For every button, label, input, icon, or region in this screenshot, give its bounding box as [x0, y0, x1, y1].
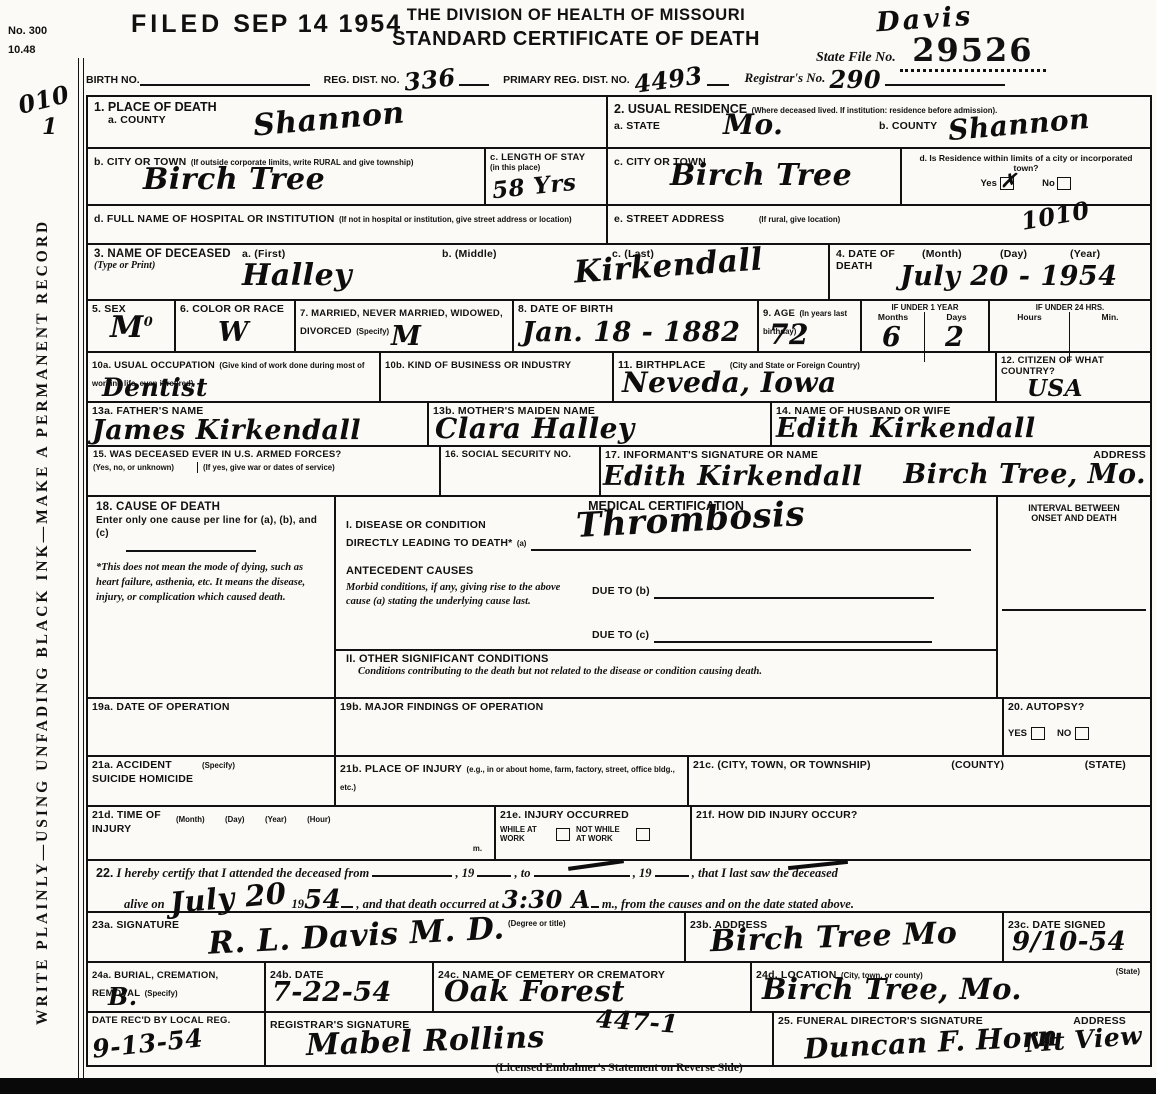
certify-text-8: , and that death occurred at	[356, 897, 498, 911]
certify-text-5: , that I last saw the deceased	[692, 866, 838, 880]
other-conditions-note: Conditions contributing to the death but…	[358, 665, 986, 679]
interval-label-2: ONSET AND DEATH	[1002, 513, 1146, 523]
under-24-label: IF UNDER 24 HRS.	[990, 301, 1150, 312]
length-of-stay-label: c. LENGTH OF STAY	[490, 152, 602, 163]
field-place-of-injury: 21b. PLACE OF INJURY (e.g., in or about …	[336, 757, 689, 805]
field-armed-forces: 15. WAS DECEASED EVER IN U.S. ARMED FORC…	[88, 447, 441, 495]
length-of-stay-value: 58 Yrs	[491, 171, 577, 203]
age-value: 72	[769, 321, 809, 349]
autopsy-yes-label: YES	[1008, 728, 1027, 739]
row-occupation-birthplace: 10a. USUAL OCCUPATION (Give kind of work…	[88, 353, 1150, 403]
informant-label: 17. INFORMANT'S SIGNATURE OR NAME	[605, 449, 818, 461]
row-forces-ssn-informant: 15. WAS DECEASED EVER IN U.S. ARMED FORC…	[88, 447, 1150, 497]
informant-address-value: Birch Tree, Mo.	[903, 461, 1146, 488]
section-medical-certification: MEDICAL CERTIFICATION I. DISEASE OR COND…	[336, 497, 998, 697]
antecedent-title: ANTECEDENT CAUSES	[346, 565, 986, 577]
primary-reg-blank	[707, 73, 729, 86]
state-file-number: State File No. 29526	[816, 31, 1146, 69]
certificate-form: 1. PLACE OF DEATH a. COUNTY Shannon b. C…	[86, 95, 1152, 1067]
field-birthplace: 11. BIRTHPLACE (City and State or Foreig…	[614, 353, 997, 401]
how-injury-label: 21f. HOW DID INJURY OCCUR?	[696, 809, 1146, 821]
field-informant: 17. INFORMANT'S SIGNATURE OR NAME ADDRES…	[601, 447, 1150, 495]
field-occupation: 10a. USUAL OCCUPATION (Give kind of work…	[88, 353, 381, 401]
father-value: James Kirkendall	[92, 417, 361, 444]
row-place-residence: 1. PLACE OF DEATH a. COUNTY Shannon b. C…	[88, 97, 1150, 245]
section-usual-residence: 2. USUAL RESIDENCE (Where deceased lived…	[608, 97, 1150, 243]
field-burial-date: 24b. DATE 7-22-54	[266, 963, 434, 1011]
injury-hour-label: (Hour)	[307, 815, 330, 824]
degree-note: (Degree or title)	[508, 919, 566, 928]
while-at-work-checkbox	[556, 828, 570, 841]
row-registrar-funeral: DATE REC'D BY LOCAL REG. 9-13-54 REGISTR…	[88, 1013, 1150, 1065]
death-city-value: Birch Tree	[143, 165, 325, 195]
date-of-birth-value: Jan. 18 - 1882	[522, 319, 740, 346]
while-at-work-label: WHILE AT WORK	[500, 825, 550, 843]
registrar-signature-value: Mabel Rollins	[306, 1023, 546, 1061]
burial-location-value: Birch Tree, Mo.	[762, 975, 1022, 1004]
section-cause-of-death-left: 18. CAUSE OF DEATH Enter only one cause …	[88, 497, 336, 697]
field-first-name: a. (First) Halley	[238, 245, 438, 299]
color-race-value: W	[218, 319, 249, 346]
field-funeral-director: 25. FUNERAL DIRECTOR'S SIGNATURE ADDRESS…	[774, 1013, 1150, 1065]
limits-yes-label: Yes	[981, 178, 997, 189]
row-accident: 21a. ACCIDENT SUICIDE HOMICIDE (Specify)…	[88, 757, 1150, 807]
reg-dist-value: 336	[402, 65, 456, 94]
reg-dist-label: REG. DIST. NO.	[324, 74, 400, 86]
date-of-birth-label: 8. DATE OF BIRTH	[518, 303, 753, 315]
reg-dist-blank	[459, 73, 489, 86]
field-cemetery: 24c. NAME OF CEMETERY OR CREMATORY Oak F…	[434, 963, 752, 1011]
due-to-b-blank	[654, 587, 934, 599]
form-number-line2: 10.48	[8, 41, 47, 60]
burial-date-value: 7-22-54	[272, 979, 392, 1006]
autopsy-no-checkbox	[1075, 727, 1089, 740]
armed-forces-note1: (Yes, no, or unknown)	[88, 462, 198, 473]
sex-value-text: M	[110, 310, 144, 345]
birth-no-label: BIRTH NO.	[86, 74, 140, 86]
interval-label-1: INTERVAL BETWEEN	[1002, 503, 1146, 513]
institution-note: (If not in hospital or institution, give…	[339, 215, 572, 224]
field-injury-occurred: 21e. INJURY OCCURRED WHILE AT WORK NOT W…	[496, 807, 692, 859]
form-number: No. 300 10.48	[8, 22, 47, 59]
certify-text-3: , to	[515, 866, 531, 880]
place-of-injury-label: 21b. PLACE OF INJURY	[340, 763, 462, 775]
field-autopsy: 20. AUTOPSY? YES NO	[1004, 699, 1150, 755]
occupation-label: 10a. USUAL OCCUPATION	[92, 360, 215, 371]
field-mother-name: 13b. MOTHER'S MAIDEN NAME Clara Halley	[429, 403, 772, 445]
field-burial-location: 24d. LOCATION (City, town, or county) (S…	[752, 963, 1150, 1011]
field-physician-address: 23b. ADDRESS Birch Tree Mo	[686, 913, 1004, 961]
field-spouse-name: 14. NAME OF HUSBAND OR WIFE Edith Kirken…	[772, 403, 1150, 445]
disease-sub: (a)	[517, 539, 527, 548]
sex-value-sup: 0	[144, 315, 154, 330]
injury-year-label: (Year)	[265, 815, 287, 824]
margin-handwritten-code: 010 1	[18, 88, 70, 138]
document-title: THE DIVISION OF HEALTH OF MISSOURI STAND…	[356, 6, 796, 51]
date-signed-value: 9/10-54	[1012, 929, 1126, 955]
ssn-label: 16. SOCIAL SECURITY NO.	[445, 449, 595, 460]
first-name-value: Halley	[242, 261, 352, 291]
limits-no-label: No	[1042, 178, 1055, 189]
row-sex-race-age: 5. SEX M0 6. COLOR OR RACE W 7. MARRIED,…	[88, 301, 1150, 353]
days-label: Days	[925, 312, 988, 322]
due-to-c-label: DUE TO (c)	[592, 629, 649, 641]
cause-footnote: *This does not mean the mode of dying, s…	[96, 560, 326, 606]
limits-yes-checkbox: ✗	[1000, 177, 1014, 190]
injury-state-label: (STATE)	[1085, 759, 1126, 803]
form-number-line1: No. 300	[8, 22, 47, 41]
field-major-findings: 19b. MAJOR FINDINGS OF OPERATION	[336, 699, 1004, 755]
row-time-of-injury: 21d. TIME OF INJURY (Month) (Day) (Year)…	[88, 807, 1150, 861]
primary-reg-label: PRIMARY REG. DIST. NO.	[503, 74, 630, 86]
other-conditions-title: II. OTHER SIGNIFICANT CONDITIONS	[346, 653, 986, 665]
due-to-b-label: DUE TO (b)	[592, 585, 650, 597]
citizen-value: USA	[1027, 377, 1083, 400]
registrar-code-value: 447-1	[595, 1006, 679, 1037]
field-physician-signature: 23a. SIGNATURE (Degree or title) R. L. D…	[88, 913, 686, 961]
certify-from-blank	[372, 864, 452, 877]
field-residence-state-county: 2. USUAL RESIDENCE (Where deceased lived…	[608, 97, 1150, 149]
margin-divider-line-inner	[83, 58, 84, 1078]
field-citizen: 12. CITIZEN OF WHAT COUNTRY? USA	[997, 353, 1150, 401]
business-label: 10b. KIND OF BUSINESS OR INDUSTRY	[385, 360, 571, 371]
death-certificate-document: No. 300 10.48 010 1 WRITE PLAINLY—USING …	[0, 0, 1156, 1094]
mother-value: Clara Halley	[435, 415, 635, 443]
field-color-race: 6. COLOR OR RACE W	[176, 301, 296, 351]
field-last-name: c. (Last) Kirkendall	[608, 245, 828, 299]
field-residence-city: c. CITY OR TOWN Birch Tree	[608, 149, 902, 204]
header-right: Davis State File No. 29526	[816, 0, 1146, 69]
cause-instruction: Enter only one cause per line for (a), (…	[96, 515, 326, 540]
signature-label: 23a. SIGNATURE	[92, 919, 179, 931]
autopsy-yes-checkbox	[1031, 727, 1045, 740]
residence-city-value: Birch Tree	[670, 161, 852, 191]
injury-county-label: (COUNTY)	[951, 759, 1004, 803]
certify-text-4: , 19	[633, 866, 652, 880]
burial-value: B.	[108, 985, 138, 1009]
disease-label-line2: DIRECTLY LEADING TO DEATH*	[346, 537, 512, 549]
margin-handwritten-code-1: 010	[16, 82, 72, 118]
field-sex: 5. SEX M0	[88, 301, 176, 351]
field-death-city: b. CITY OR TOWN (If outside corporate li…	[88, 149, 486, 204]
title-line2: STANDARD CERTIFICATE OF DEATH	[356, 28, 796, 51]
informant-name-value: Edith Kirkendall	[603, 463, 863, 490]
date-received-label: DATE REC'D BY LOCAL REG.	[92, 1015, 260, 1026]
left-margin: No. 300 10.48 010 1 WRITE PLAINLY—USING …	[0, 0, 80, 1094]
injury-day-label: (Day)	[225, 815, 245, 824]
residence-state-value: Mo.	[723, 111, 783, 139]
field-death-county: 1. PLACE OF DEATH a. COUNTY Shannon	[88, 97, 606, 149]
filed-stamp-word: FILED	[131, 10, 223, 38]
field-registrar-signature: REGISTRAR'S SIGNATURE Mabel Rollins 447-…	[266, 1013, 774, 1065]
burial-note: (Specify)	[145, 989, 178, 998]
months-value: 6	[882, 324, 901, 351]
burial-state-note: (State)	[1116, 967, 1140, 976]
name-of-deceased-label-block: 3. NAME OF DECEASED (Type or Print)	[88, 245, 238, 299]
certify-year2-blank	[655, 864, 689, 877]
disease-label-line1: I. DISEASE OR CONDITION	[346, 519, 486, 531]
field-date-signed: 23c. DATE SIGNED 9/10-54	[1004, 913, 1150, 961]
row-parents-spouse: 13a. FATHER'S NAME James Kirkendall 13b.…	[88, 403, 1150, 447]
not-while-at-work-label: NOT WHILE AT WORK	[576, 825, 630, 843]
accident-label: 21a. ACCIDENT SUICIDE HOMICIDE	[92, 759, 202, 803]
margin-handwritten-code-2: 1	[42, 116, 70, 138]
cemetery-value: Oak Forest	[444, 977, 625, 1006]
limits-no-checkbox	[1057, 177, 1071, 190]
bottom-black-bar	[0, 1078, 1156, 1094]
injury-month-label: (Month)	[176, 815, 205, 824]
under-1-year-label: IF UNDER 1 YEAR	[862, 301, 988, 312]
certify-death-time: 3:30 A	[502, 885, 591, 914]
birthplace-value: Neveda, Iowa	[622, 369, 837, 397]
margin-instruction-vertical-text: WRITE PLAINLY—USING UNFADING BLACK INK—M…	[34, 185, 52, 1025]
header: FILEDSEP 14 1954 THE DIVISION OF HEALTH …	[86, 0, 1152, 95]
certify-number: 22.	[96, 866, 113, 880]
field-date-of-birth: 8. DATE OF BIRTH Jan. 18 - 1882	[514, 301, 759, 351]
cause-of-death-title: 18. CAUSE OF DEATH	[96, 501, 326, 513]
date-received-value: 9-13-54	[91, 1025, 204, 1061]
field-business: 10b. KIND OF BUSINESS OR INDUSTRY	[381, 353, 614, 401]
injury-occurred-label: 21e. INJURY OCCURRED	[500, 809, 686, 821]
color-race-label: 6. COLOR OR RACE	[180, 303, 290, 315]
armed-forces-note2: (If yes, give war or dates of service)	[198, 462, 340, 473]
signature-value: R. L. Davis M. D.	[207, 913, 505, 959]
certify-text-6: alive on	[124, 897, 165, 911]
due-to-c-blank	[654, 631, 932, 643]
injury-city-label: 21c. (CITY, TOWN, OR TOWNSHIP)	[693, 759, 871, 803]
row-physician-signature: 23a. SIGNATURE (Degree or title) R. L. D…	[88, 913, 1150, 963]
field-institution: d. FULL NAME OF HOSPITAL OR INSTITUTION …	[88, 206, 606, 243]
state-file-value: 29526	[900, 31, 1045, 72]
field-residence-limits: d. Is Residence within limits of a city …	[902, 149, 1150, 204]
row-name-dateofdeath: 3. NAME OF DECEASED (Type or Print) a. (…	[88, 245, 1150, 301]
section-name-of-deceased: 3. NAME OF DECEASED (Type or Print) a. (…	[88, 245, 830, 299]
field-date-received: DATE REC'D BY LOCAL REG. 9-13-54	[88, 1013, 266, 1065]
autopsy-no-label: NO	[1057, 728, 1071, 739]
hours-label: Hours	[990, 312, 1069, 322]
section-interval-onset-death: INTERVAL BETWEEN ONSET AND DEATH	[998, 497, 1150, 697]
residence-limits-label: d. Is Residence within limits of a city …	[908, 153, 1144, 173]
name-of-deceased-subtitle: (Type or Print)	[94, 260, 232, 271]
injury-m-label: m.	[473, 844, 482, 853]
field-marital-status: 7. MARRIED, NEVER MARRIED, WIDOWED, DIVO…	[296, 301, 514, 351]
certify-text-2: , 19	[456, 866, 475, 880]
row-cause-of-death: 18. CAUSE OF DEATH Enter only one cause …	[88, 497, 1150, 699]
field-age-under-1-year: IF UNDER 1 YEAR Months 6 Days 2	[862, 301, 990, 351]
field-accident-suicide: 21a. ACCIDENT SUICIDE HOMICIDE (Specify)	[88, 757, 336, 805]
name-of-deceased-title: 3. NAME OF DECEASED	[94, 248, 232, 260]
registration-line: BIRTH NO. REG. DIST. NO. 336 PRIMARY REG…	[86, 68, 1152, 86]
major-findings-label: 19b. MAJOR FINDINGS OF OPERATION	[340, 701, 998, 713]
field-how-injury-occurred: 21f. HOW DID INJURY OCCUR?	[692, 807, 1150, 859]
interval-blank-line	[1002, 609, 1146, 611]
certify-alive-year: 54	[304, 885, 341, 915]
time-of-injury-label: 21d. TIME OF INJURY	[92, 809, 176, 857]
field-father-name: 13a. FATHER'S NAME James Kirkendall	[88, 403, 429, 445]
registrar-no-label: Registrar's No.	[745, 70, 826, 86]
armed-forces-label: 15. WAS DECEASED EVER IN U.S. ARMED FORC…	[88, 447, 439, 462]
certify-19: 19	[292, 897, 305, 911]
field-street-address: e. STREET ADDRESS (If rural, give locati…	[608, 206, 1150, 243]
row-certify-statement: 22. I hereby certify that I attended the…	[88, 861, 1150, 913]
field-injury-location: 21c. (CITY, TOWN, OR TOWNSHIP) (COUNTY) …	[689, 757, 1150, 805]
marital-note: (Specify)	[356, 327, 389, 336]
limits-yes-mark: ✗	[1001, 172, 1017, 191]
institution-label: d. FULL NAME OF HOSPITAL OR INSTITUTION	[94, 213, 335, 225]
funeral-director-value: Duncan F. Horn	[803, 1022, 1058, 1063]
days-value: 2	[945, 324, 964, 351]
field-ssn: 16. SOCIAL SECURITY NO.	[441, 447, 601, 495]
not-while-at-work-checkbox	[636, 828, 650, 841]
physician-address-value: Birch Tree Mo	[710, 919, 958, 958]
certify-year1-blank	[477, 864, 511, 877]
antecedent-note: Morbid conditions, if any, giving rise t…	[346, 581, 586, 643]
months-label: Months	[862, 312, 924, 322]
sex-value: M0	[110, 313, 153, 343]
street-address-note: (If rural, give location)	[759, 215, 840, 224]
occupation-value: Dentist	[102, 375, 208, 400]
spouse-value: Edith Kirkendall	[776, 415, 1036, 442]
field-date-of-death: 4. DATE OF DEATH (Month) (Day) (Year) Ju…	[830, 245, 1150, 299]
date-of-operation-label: 19a. DATE OF OPERATION	[92, 701, 330, 713]
marital-value: M	[391, 323, 421, 350]
field-death-city-row: b. CITY OR TOWN (If outside corporate li…	[88, 149, 606, 206]
certify-text-9: m., from the causes and on the date stat…	[602, 897, 854, 911]
field-burial-type: 24a. BURIAL, CREMATION, REMOVAL (Specify…	[88, 963, 266, 1011]
row-operation-autopsy: 19a. DATE OF OPERATION 19b. MAJOR FINDIN…	[88, 699, 1150, 757]
margin-divider-line-outer	[78, 58, 79, 1078]
field-length-of-stay: c. LENGTH OF STAY (in this place) 58 Yrs	[486, 149, 606, 204]
funeral-address-value: Mt View	[1024, 1023, 1143, 1056]
field-date-of-operation: 19a. DATE OF OPERATION	[88, 699, 336, 755]
street-address-label: e. STREET ADDRESS	[614, 213, 724, 225]
section-place-of-death: 1. PLACE OF DEATH a. COUNTY Shannon b. C…	[88, 97, 608, 243]
field-time-of-injury: 21d. TIME OF INJURY (Month) (Day) (Year)…	[88, 807, 496, 859]
birth-no-blank	[140, 73, 310, 86]
embalmer-note: (Licensed Embalmer's Statement on Revers…	[86, 1062, 1152, 1074]
registrar-no-blank	[885, 73, 1005, 86]
min-label: Min.	[1070, 312, 1150, 322]
date-of-death-value: July 20 - 1954	[900, 263, 1117, 290]
field-age-under-24-hrs: IF UNDER 24 HRS. Hours Min.	[990, 301, 1150, 351]
primary-reg-value: 4493	[632, 63, 703, 96]
registrar-no-value: 290	[829, 68, 881, 92]
autopsy-label: 20. AUTOPSY?	[1008, 701, 1146, 713]
accident-note: (Specify)	[202, 761, 235, 803]
title-line1: THE DIVISION OF HEALTH OF MISSOURI	[356, 6, 796, 25]
field-age: 9. AGE (In years last birthday) 72	[759, 301, 862, 351]
certify-text-1: I hereby certify that I attended the dec…	[117, 866, 370, 880]
state-file-label: State File No.	[816, 50, 896, 65]
citizen-label: 12. CITIZEN OF WHAT COUNTRY?	[1001, 355, 1146, 377]
